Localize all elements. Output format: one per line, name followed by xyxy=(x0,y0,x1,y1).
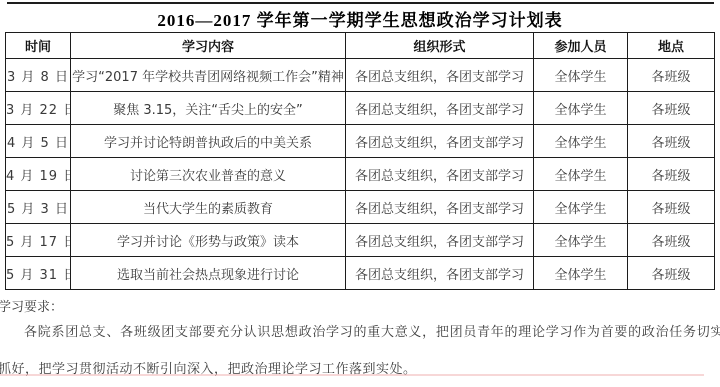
header-participants: 参加人员 xyxy=(534,33,628,59)
cell-location: 各班级 xyxy=(628,158,715,191)
cell-date: 4 月 19 日 xyxy=(6,158,71,191)
cell-date: 5 月 3 日 xyxy=(6,191,71,224)
cell-content: 聚焦 3.15，关注“舌尖上的安全” xyxy=(71,92,346,125)
cell-organization: 各团总支组织，各团支部学习 xyxy=(346,125,534,158)
header-organization: 组织形式 xyxy=(346,33,534,59)
cell-organization: 各团总支组织，各团支部学习 xyxy=(346,59,534,92)
cell-location: 各班级 xyxy=(628,257,715,290)
cell-date: 5 月 31 日 xyxy=(6,257,71,290)
cell-content: 选取当前社会热点现象进行讨论 xyxy=(71,257,346,290)
cell-location: 各班级 xyxy=(628,191,715,224)
cell-date: 3 月 8 日 xyxy=(6,59,71,92)
cell-date: 3 月 22 日 xyxy=(6,92,71,125)
table-row: 5 月 17 日学习并讨论《形势与政策》读本各团总支组织，各团支部学习全体学生各… xyxy=(6,224,715,257)
table-row: 3 月 8 日学习“2017 年学校共青团网络视频工作会”精神各团总支组织，各团… xyxy=(6,59,715,92)
cell-content: 学习“2017 年学校共青团网络视频工作会”精神 xyxy=(71,59,346,92)
header-location: 地点 xyxy=(628,33,715,59)
cell-content: 学习并讨论特朗普执政后的中美关系 xyxy=(71,125,346,158)
cell-participants: 全体学生 xyxy=(534,191,628,224)
cell-date: 5 月 17 日 xyxy=(6,224,71,257)
cell-content: 讨论第三次农业普查的意义 xyxy=(71,158,346,191)
table-header-row: 时间 学习内容 组织形式 参加人员 地点 xyxy=(6,33,715,59)
header-content: 学习内容 xyxy=(71,33,346,59)
cell-content: 当代大学生的素质教育 xyxy=(71,191,346,224)
cell-participants: 全体学生 xyxy=(534,125,628,158)
cell-date: 4 月 5 日 xyxy=(6,125,71,158)
top-rule-divider xyxy=(7,2,714,4)
header-time: 时间 xyxy=(6,33,71,59)
study-plan-table: 时间 学习内容 组织形式 参加人员 地点 3 月 8 日学习“2017 年学校共… xyxy=(5,32,715,290)
table-row: 4 月 19 日讨论第三次农业普查的意义各团总支组织，各团支部学习全体学生各班级 xyxy=(6,158,715,191)
requirements-paragraph: 各院系团总支、各班级团支部要充分认识思想政治学习的重大意义，把团员青年的理论学习… xyxy=(0,314,720,387)
cell-participants: 全体学生 xyxy=(534,257,628,290)
table-row: 5 月 31 日选取当前社会热点现象进行讨论各团总支组织，各团支部学习全体学生各… xyxy=(6,257,715,290)
cell-organization: 各团总支组织，各团支部学习 xyxy=(346,191,534,224)
cell-participants: 全体学生 xyxy=(534,59,628,92)
table-row: 3 月 22 日聚焦 3.15，关注“舌尖上的安全”各团总支组织，各团支部学习全… xyxy=(6,92,715,125)
cell-organization: 各团总支组织，各团支部学习 xyxy=(346,257,534,290)
cell-content: 学习并讨论《形势与政策》读本 xyxy=(71,224,346,257)
cell-location: 各班级 xyxy=(628,224,715,257)
document-title: 2016—2017 学年第一学期学生思想政治学习计划表 xyxy=(0,6,720,31)
cell-location: 各班级 xyxy=(628,59,715,92)
cell-organization: 各团总支组织，各团支部学习 xyxy=(346,158,534,191)
requirements-label: 学习要求： xyxy=(0,296,63,315)
cell-location: 各班级 xyxy=(628,125,715,158)
document-page: 2016—2017 学年第一学期学生思想政治学习计划表 时间 学习内容 组织形式… xyxy=(0,0,720,387)
red-underline-mark xyxy=(0,374,704,376)
cell-location: 各班级 xyxy=(628,92,715,125)
table-row: 5 月 3 日当代大学生的素质教育各团总支组织，各团支部学习全体学生各班级 xyxy=(6,191,715,224)
cell-participants: 全体学生 xyxy=(534,224,628,257)
cell-organization: 各团总支组织，各团支部学习 xyxy=(346,92,534,125)
cell-organization: 各团总支组织，各团支部学习 xyxy=(346,224,534,257)
cell-participants: 全体学生 xyxy=(534,158,628,191)
cell-participants: 全体学生 xyxy=(534,92,628,125)
table-row: 4 月 5 日学习并讨论特朗普执政后的中美关系各团总支组织，各团支部学习全体学生… xyxy=(6,125,715,158)
